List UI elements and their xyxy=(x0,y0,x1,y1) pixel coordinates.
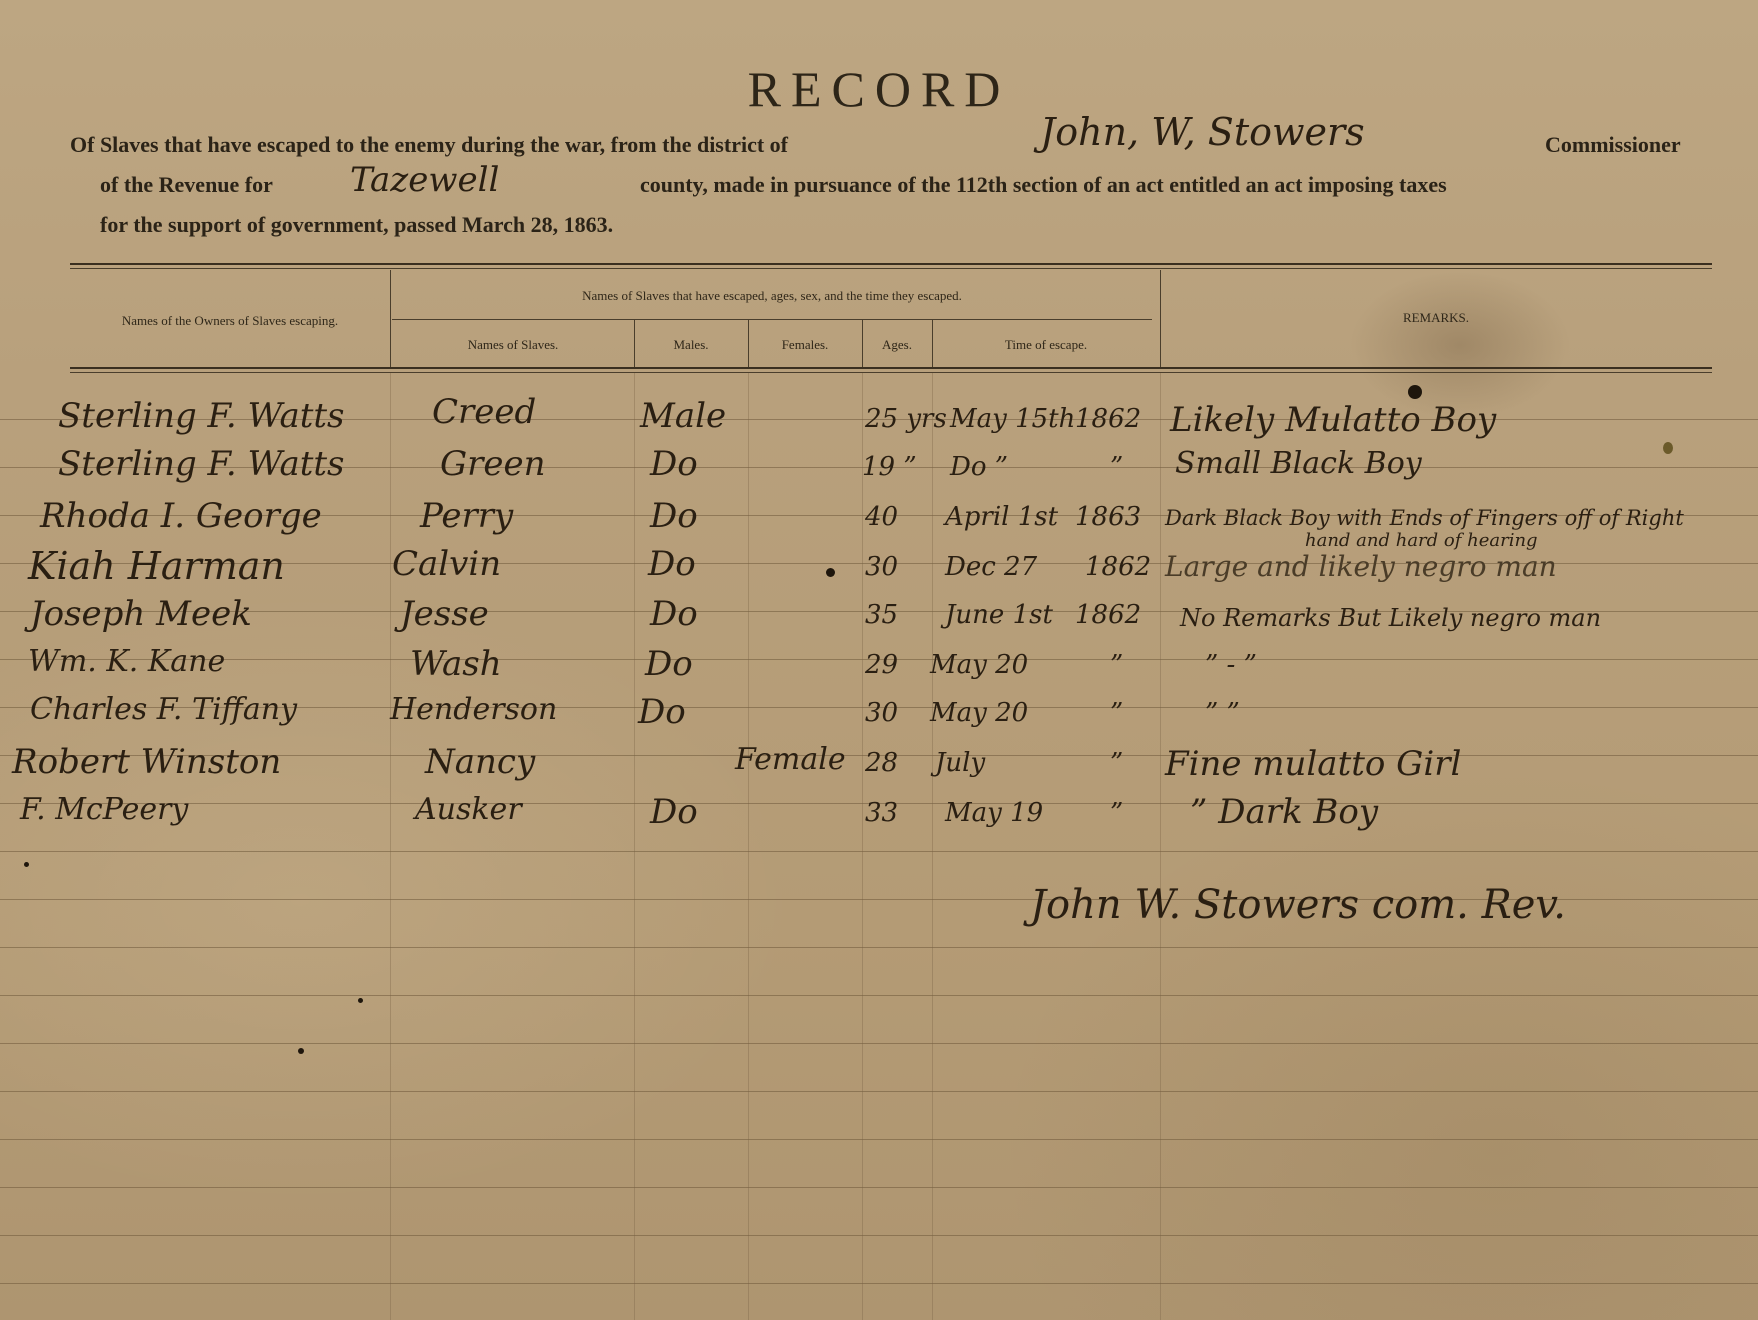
ink-spot xyxy=(298,1048,304,1054)
date-cell: June 1st xyxy=(945,600,1053,630)
date-cell: May 15th xyxy=(950,404,1075,434)
owner-cell: F. McPeery xyxy=(20,792,188,827)
date-cell: May 19 xyxy=(945,798,1043,828)
date-cell: Do ” xyxy=(950,452,1008,482)
age-cell: 33 xyxy=(865,798,898,828)
intro-commissioner: Commissioner xyxy=(1545,132,1681,158)
signature: John W. Stowers com. Rev. xyxy=(1030,882,1566,928)
column-guide xyxy=(634,372,635,1320)
male-cell: Do xyxy=(650,496,698,536)
owner-cell: Wm. K. Kane xyxy=(28,644,225,679)
male-cell: Do xyxy=(650,594,698,634)
slave-name-cell: Wash xyxy=(410,644,502,684)
intro-line-2-prefix: of the Revenue for xyxy=(100,172,273,198)
year-cell: ” xyxy=(1110,650,1123,680)
owner-cell: Charles F. Tiffany xyxy=(30,692,297,727)
slave-name-cell: Henderson xyxy=(390,692,557,727)
slave-name-cell: Perry xyxy=(420,496,513,536)
date-cell: Dec 27 xyxy=(945,552,1037,582)
slave-name-cell: Jesse xyxy=(400,594,489,634)
year-cell: ” xyxy=(1110,698,1123,728)
male-cell: Do xyxy=(638,692,686,732)
year-cell: ” xyxy=(1110,452,1123,482)
owner-cell: Robert Winston xyxy=(12,742,281,782)
year-cell: ” xyxy=(1110,798,1123,828)
col-header-names: Names of Slaves. xyxy=(392,337,634,353)
remarks-cell: Large and likely negro man xyxy=(1165,550,1557,583)
year-cell: 1862 xyxy=(1075,404,1141,434)
remarks-cell: Dark Black Boy with Ends of Fingers off … xyxy=(1165,506,1684,530)
column-guide xyxy=(1160,372,1161,1320)
remarks-cell: ” ” xyxy=(1205,698,1240,728)
year-cell: 1862 xyxy=(1075,600,1141,630)
header-rule-bottom-inner xyxy=(70,372,1712,373)
header-rule-bottom xyxy=(70,367,1712,369)
owner-cell: Kiah Harman xyxy=(28,544,285,588)
slave-name-cell: Calvin xyxy=(392,544,501,584)
slave-name-cell: Nancy xyxy=(425,742,535,782)
male-cell: Do xyxy=(650,444,698,484)
female-cell: Female xyxy=(735,742,846,777)
date-cell: April 1st xyxy=(945,502,1058,532)
age-cell: 28 xyxy=(865,748,898,778)
age-cell: 29 xyxy=(865,650,898,680)
header-rule-top xyxy=(70,263,1712,265)
remarks-cell: Small Black Boy xyxy=(1175,446,1422,481)
male-cell: Do xyxy=(650,792,698,832)
col-header-ages: Ages. xyxy=(862,337,932,353)
ink-spot xyxy=(24,862,29,867)
col-header-remarks: REMARKS. xyxy=(1160,310,1712,326)
col-header-females: Females. xyxy=(748,337,862,353)
owner-cell: Joseph Meek xyxy=(30,594,252,634)
document-page: RECORD Of Slaves that have escaped to th… xyxy=(0,0,1758,1320)
year-cell: ” xyxy=(1110,748,1123,778)
ink-spot xyxy=(826,568,835,577)
male-cell: Do xyxy=(645,644,693,684)
column-guide xyxy=(390,372,391,1320)
date-cell: May 20 xyxy=(930,650,1028,680)
commissioner-name: John, W, Stowers xyxy=(1040,110,1365,154)
column-guide xyxy=(748,372,749,1320)
col-header-owners: Names of the Owners of Slaves escaping. xyxy=(70,313,390,329)
column-guide xyxy=(932,372,933,1320)
remarks-cell: Fine mulatto Girl xyxy=(1165,744,1461,784)
age-cell: 30 xyxy=(865,552,898,582)
col-header-males: Males. xyxy=(634,337,748,353)
document-title: RECORD xyxy=(0,60,1758,118)
column-guide xyxy=(862,372,863,1320)
remarks-cell: ” - ” xyxy=(1205,650,1257,680)
male-cell: Do xyxy=(648,544,696,584)
year-cell: 1863 xyxy=(1075,502,1141,532)
age-cell: 25 yrs xyxy=(865,404,947,434)
owner-cell: Sterling F. Watts xyxy=(58,444,345,484)
age-cell: 35 xyxy=(865,600,898,630)
male-cell: Male xyxy=(640,396,726,436)
intro-line-1: Of Slaves that have escaped to the enemy… xyxy=(70,132,788,158)
age-cell: 19 ” xyxy=(862,452,917,482)
date-cell: May 20 xyxy=(930,698,1028,728)
owner-cell: Rhoda I. George xyxy=(40,496,322,536)
remarks-continuation: hand and hard of hearing xyxy=(1305,530,1538,551)
age-cell: 40 xyxy=(865,502,898,532)
intro-line-2-suffix: county, made in pursuance of the 112th s… xyxy=(640,172,1447,198)
slave-name-cell: Green xyxy=(440,444,546,484)
header-divider xyxy=(390,270,391,367)
remarks-cell: Likely Mulatto Boy xyxy=(1170,400,1496,440)
header-subrule xyxy=(392,319,1152,320)
slave-name-cell: Creed xyxy=(432,392,536,432)
ink-spot xyxy=(1408,385,1422,399)
owner-cell: Sterling F. Watts xyxy=(58,396,345,436)
year-cell: 1862 xyxy=(1085,552,1151,582)
slave-name-cell: Ausker xyxy=(415,792,522,827)
col-header-time: Time of escape. xyxy=(932,337,1160,353)
intro-line-3: for the support of government, passed Ma… xyxy=(100,212,613,238)
header-rule-top-inner xyxy=(70,268,1712,269)
ink-spot xyxy=(358,998,363,1003)
col-header-group: Names of Slaves that have escaped, ages,… xyxy=(392,288,1152,304)
age-cell: 30 xyxy=(865,698,898,728)
remarks-cell: No Remarks But Likely negro man xyxy=(1180,604,1601,632)
county-name: Tazewell xyxy=(350,160,499,200)
remarks-cell: ” Dark Boy xyxy=(1190,792,1378,832)
date-cell: July xyxy=(935,748,985,778)
ink-spot xyxy=(1663,442,1673,454)
